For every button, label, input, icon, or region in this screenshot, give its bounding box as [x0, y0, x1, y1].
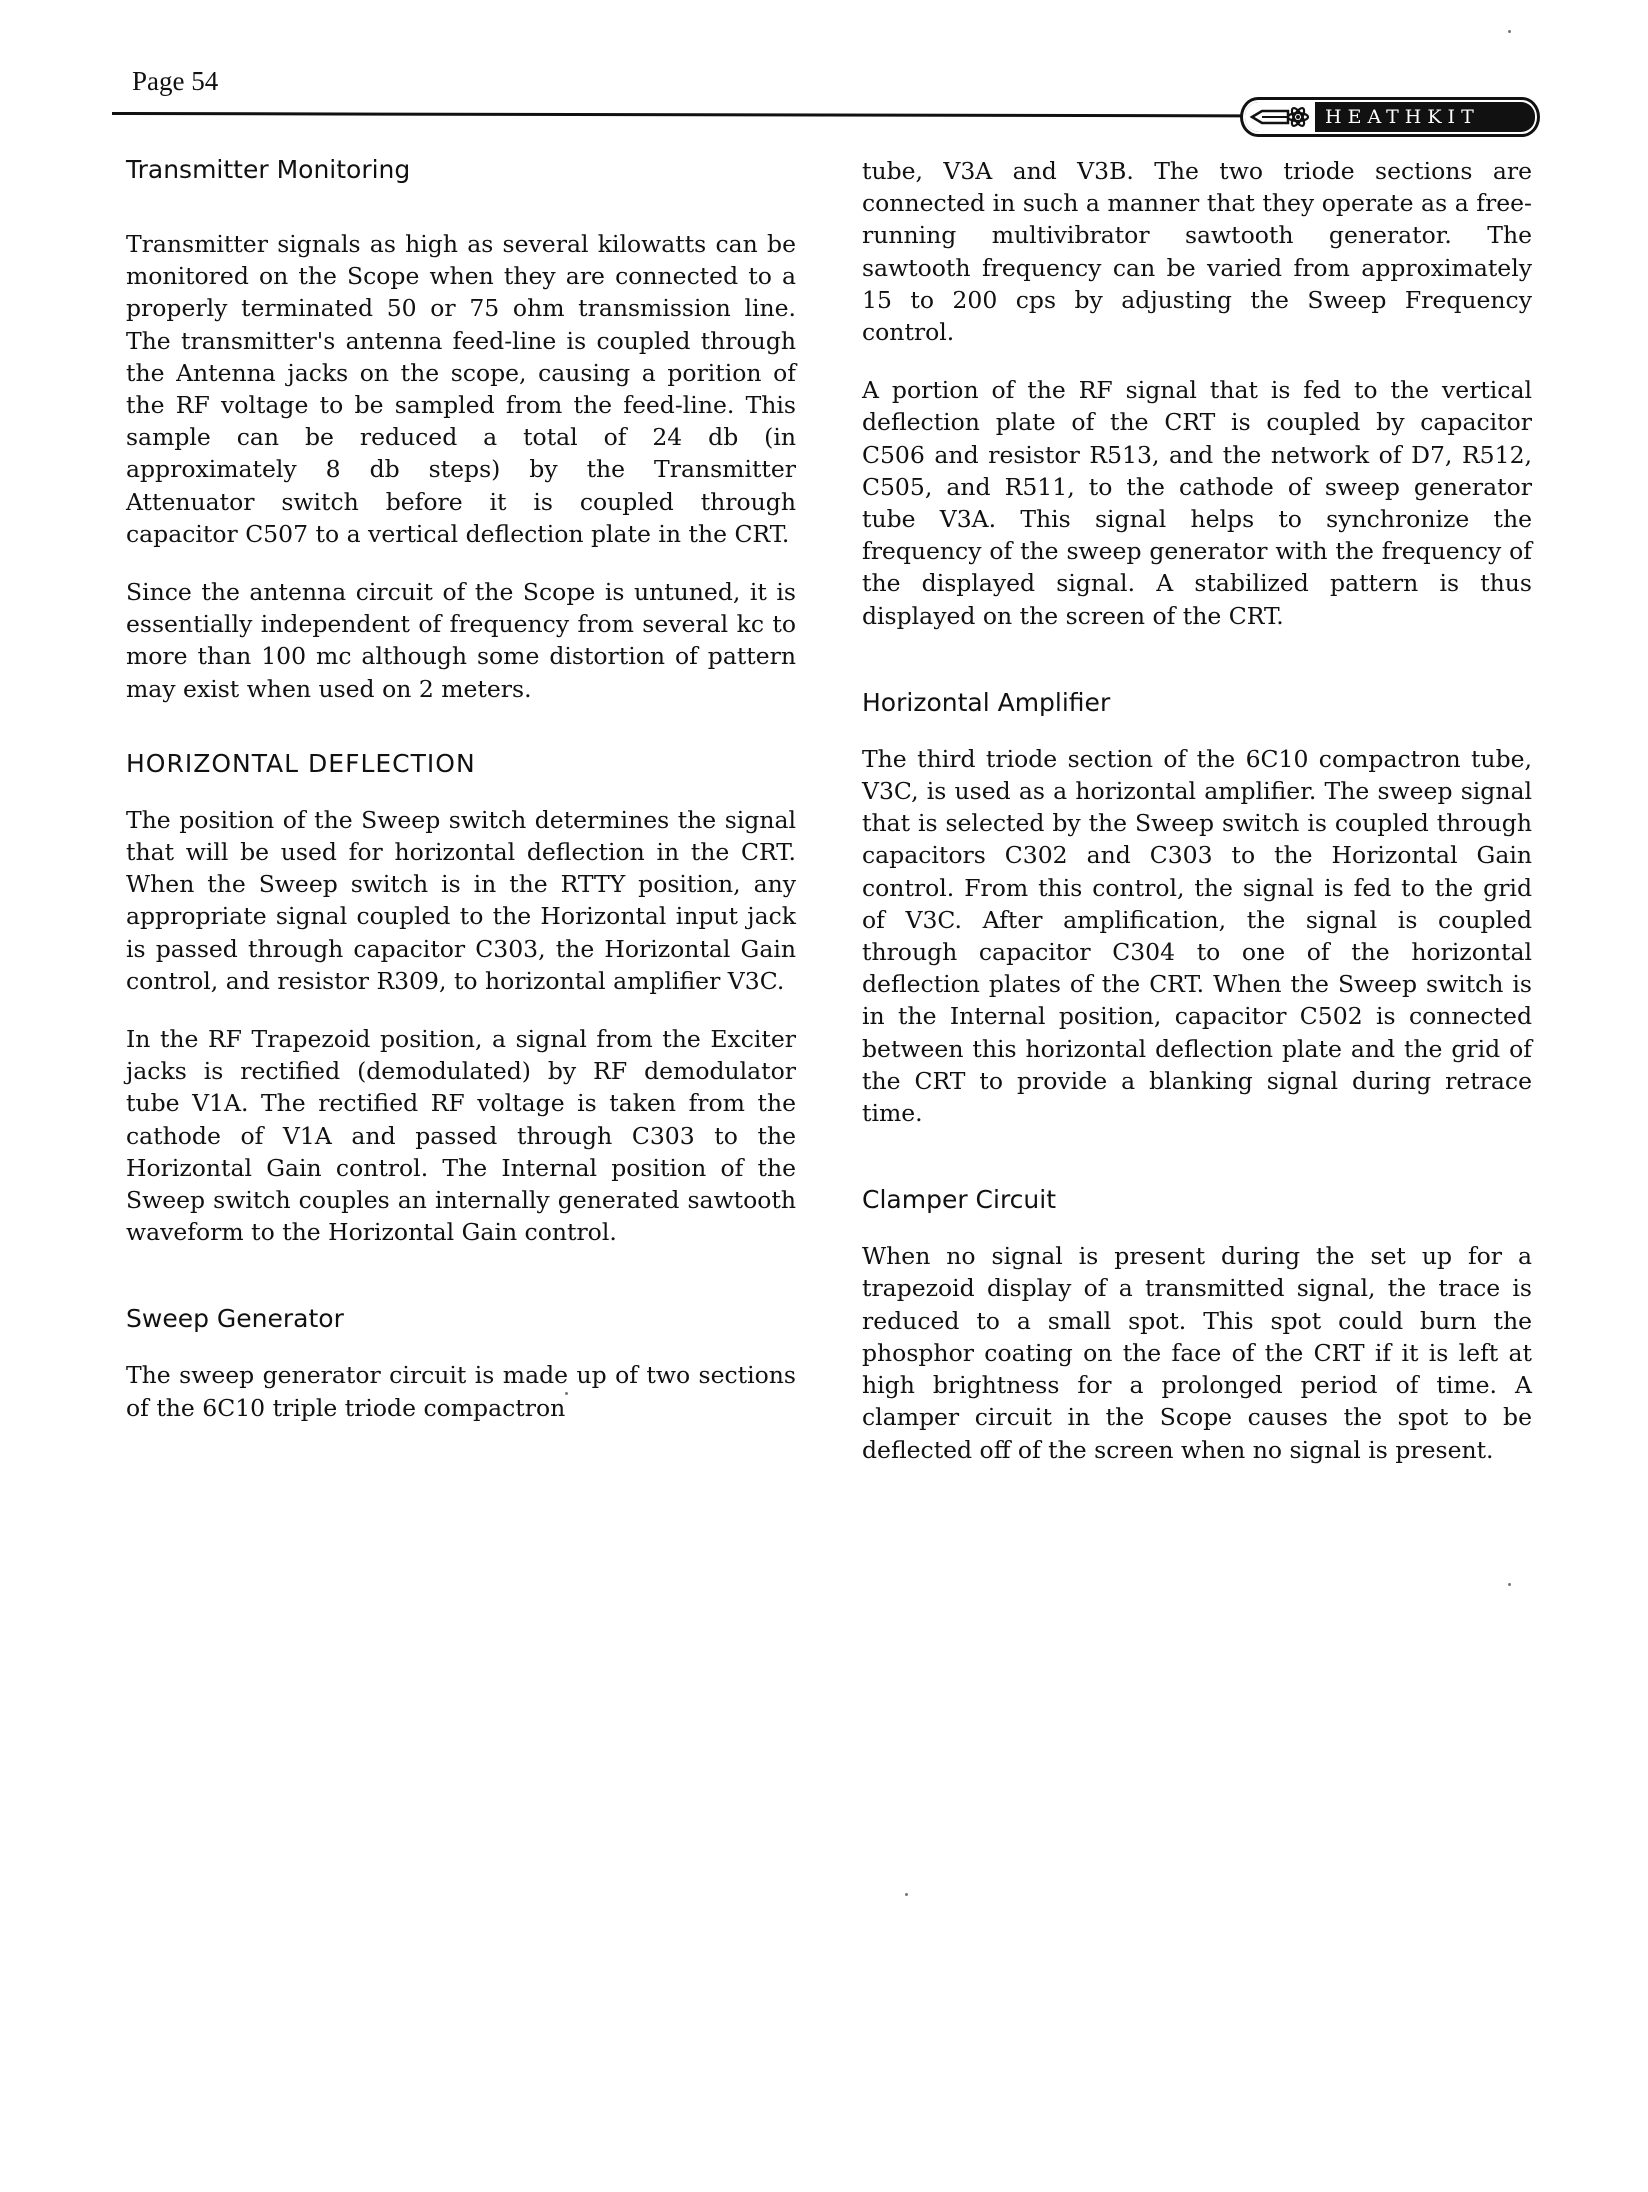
paragraph: Since the antenna circuit of the Scope i… — [126, 576, 796, 705]
scan-speck — [1508, 1583, 1511, 1586]
header-rule — [112, 112, 1242, 117]
logo-badge: HEATHKIT — [1245, 102, 1535, 132]
section-heading-transmitter-monitoring: Transmitter Monitoring — [126, 155, 796, 184]
paragraph: A portion of the RF signal that is fed t… — [862, 374, 1532, 632]
paragraph-continuation: tube, V3A and V3B. The two triode sectio… — [862, 155, 1532, 348]
scan-speck — [565, 1392, 568, 1395]
paragraph: In the RF Trapezoid position, a signal f… — [126, 1023, 796, 1248]
section-heading-horizontal-deflection: HORIZONTAL DEFLECTION — [126, 749, 796, 778]
right-column: tube, V3A and V3B. The two triode sectio… — [862, 155, 1532, 1492]
section-heading-clamper-circuit: Clamper Circuit — [862, 1185, 1532, 1214]
paragraph: The sweep generator circuit is made up o… — [126, 1359, 796, 1423]
logo-text: HEATHKIT — [1315, 106, 1480, 128]
page-number: Page 54 — [132, 66, 218, 97]
paragraph: The position of the Sweep switch determi… — [126, 804, 796, 997]
section-heading-sweep-generator: Sweep Generator — [126, 1304, 796, 1333]
paragraph: When no signal is present during the set… — [862, 1240, 1532, 1465]
heathkit-arrow-atom-icon — [1245, 102, 1315, 132]
scan-speck — [905, 1893, 908, 1896]
heathkit-logo: HEATHKIT — [1240, 97, 1540, 137]
left-column: Transmitter Monitoring Transmitter signa… — [126, 155, 796, 1450]
paragraph: Transmitter signals as high as several k… — [126, 228, 796, 550]
section-heading-horizontal-amplifier: Horizontal Amplifier — [862, 688, 1532, 717]
scan-speck — [1508, 30, 1511, 33]
paragraph: The third triode section of the 6C10 com… — [862, 743, 1532, 1129]
